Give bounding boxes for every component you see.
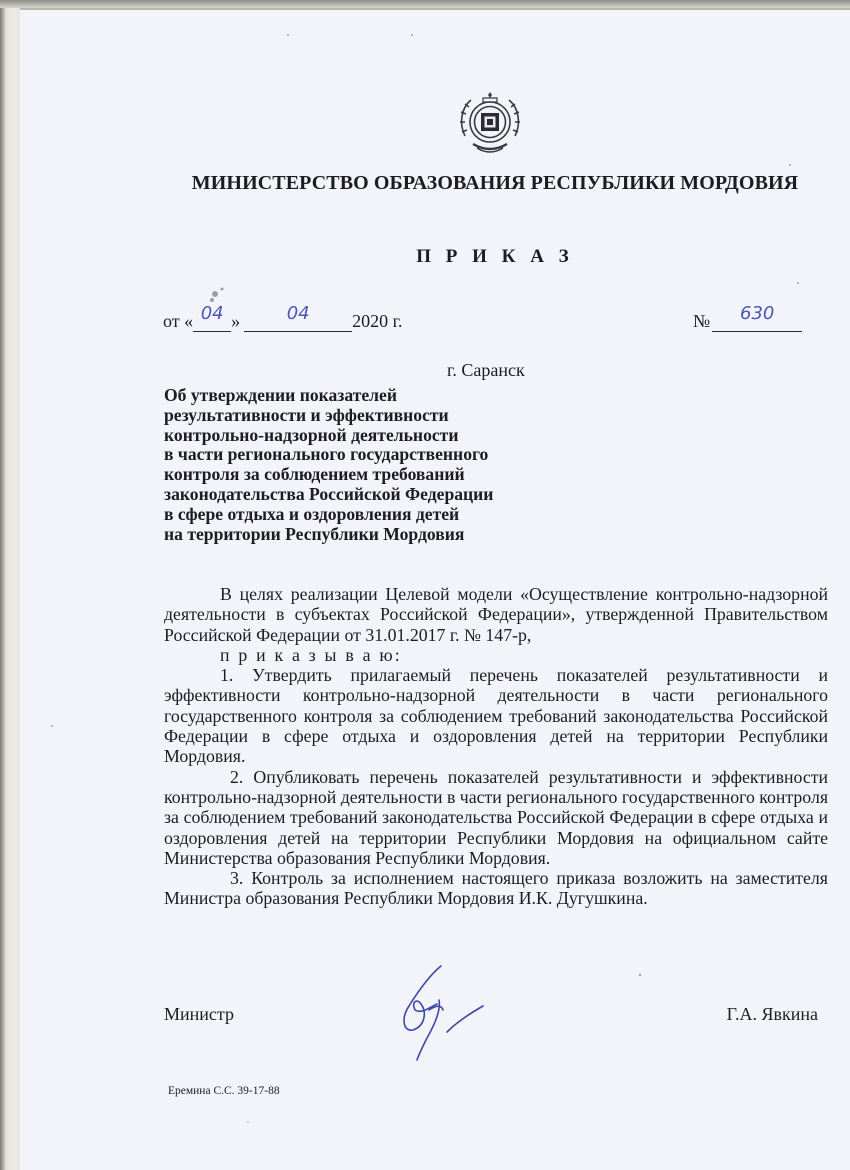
subject-line: контрольно-надзорной деятельности [164, 426, 584, 446]
subject-line: результативности и эффективности [164, 406, 584, 426]
coat-of-arms-emblem-icon [455, 86, 525, 158]
date-prefix: от « [163, 311, 193, 331]
number-field: 630 [712, 309, 802, 332]
number-value: 630 [740, 303, 774, 324]
order-title: П Р И К А З [0, 246, 850, 268]
date-year: 2020 г. [352, 311, 402, 331]
date-mid: » [231, 311, 240, 331]
ministry-heading: МИНИСТЕРСТВО ОБРАЗОВАНИЯ РЕСПУБЛИКИ МОРД… [0, 172, 850, 195]
signatory-position: Министр [164, 1004, 234, 1025]
order-subject: Об утверждении показателей результативно… [164, 386, 584, 544]
item-1-paragraph: 1. Утвердить прилагаемый перечень показа… [164, 665, 828, 766]
order-word: п р и к а з ы в а ю: [164, 645, 828, 665]
order-number: №630 [693, 309, 802, 332]
subject-line: на территории Республики Мордовия [164, 525, 584, 545]
order-date: от «04»042020 г. [163, 309, 403, 332]
subject-line: в части регионального государственного [164, 445, 584, 465]
order-body: В целях реализации Целевой модели «Осуще… [164, 584, 828, 909]
city: г. Саранск [447, 360, 525, 381]
date-month-value: 04 [287, 303, 310, 324]
subject-line: в сфере отдыха и оздоровления детей [164, 505, 584, 525]
number-label: № [693, 311, 710, 331]
subject-line: контроля за соблюдением требований [164, 465, 584, 485]
executor-contact: Еремина С.С. 39-17-88 [168, 1085, 280, 1097]
item-3-paragraph: 3. Контроль за исполнением настоящего пр… [164, 868, 828, 909]
date-day-value: 04 [201, 303, 224, 324]
preamble-paragraph: В целях реализации Целевой модели «Осуще… [164, 584, 828, 645]
date-day-field: 04 [193, 309, 231, 332]
subject-line: Об утверждении показателей [164, 386, 584, 406]
subject-line: законодательства Российской Федерации [164, 485, 584, 505]
item-2-paragraph: 2. Опубликовать перечень показателей рез… [164, 767, 828, 868]
scanner-edge-top [0, 0, 850, 8]
signatory-name: Г.А. Явкина [727, 1004, 818, 1025]
handwritten-signature-icon [383, 960, 493, 1070]
date-month-field: 04 [244, 309, 352, 332]
